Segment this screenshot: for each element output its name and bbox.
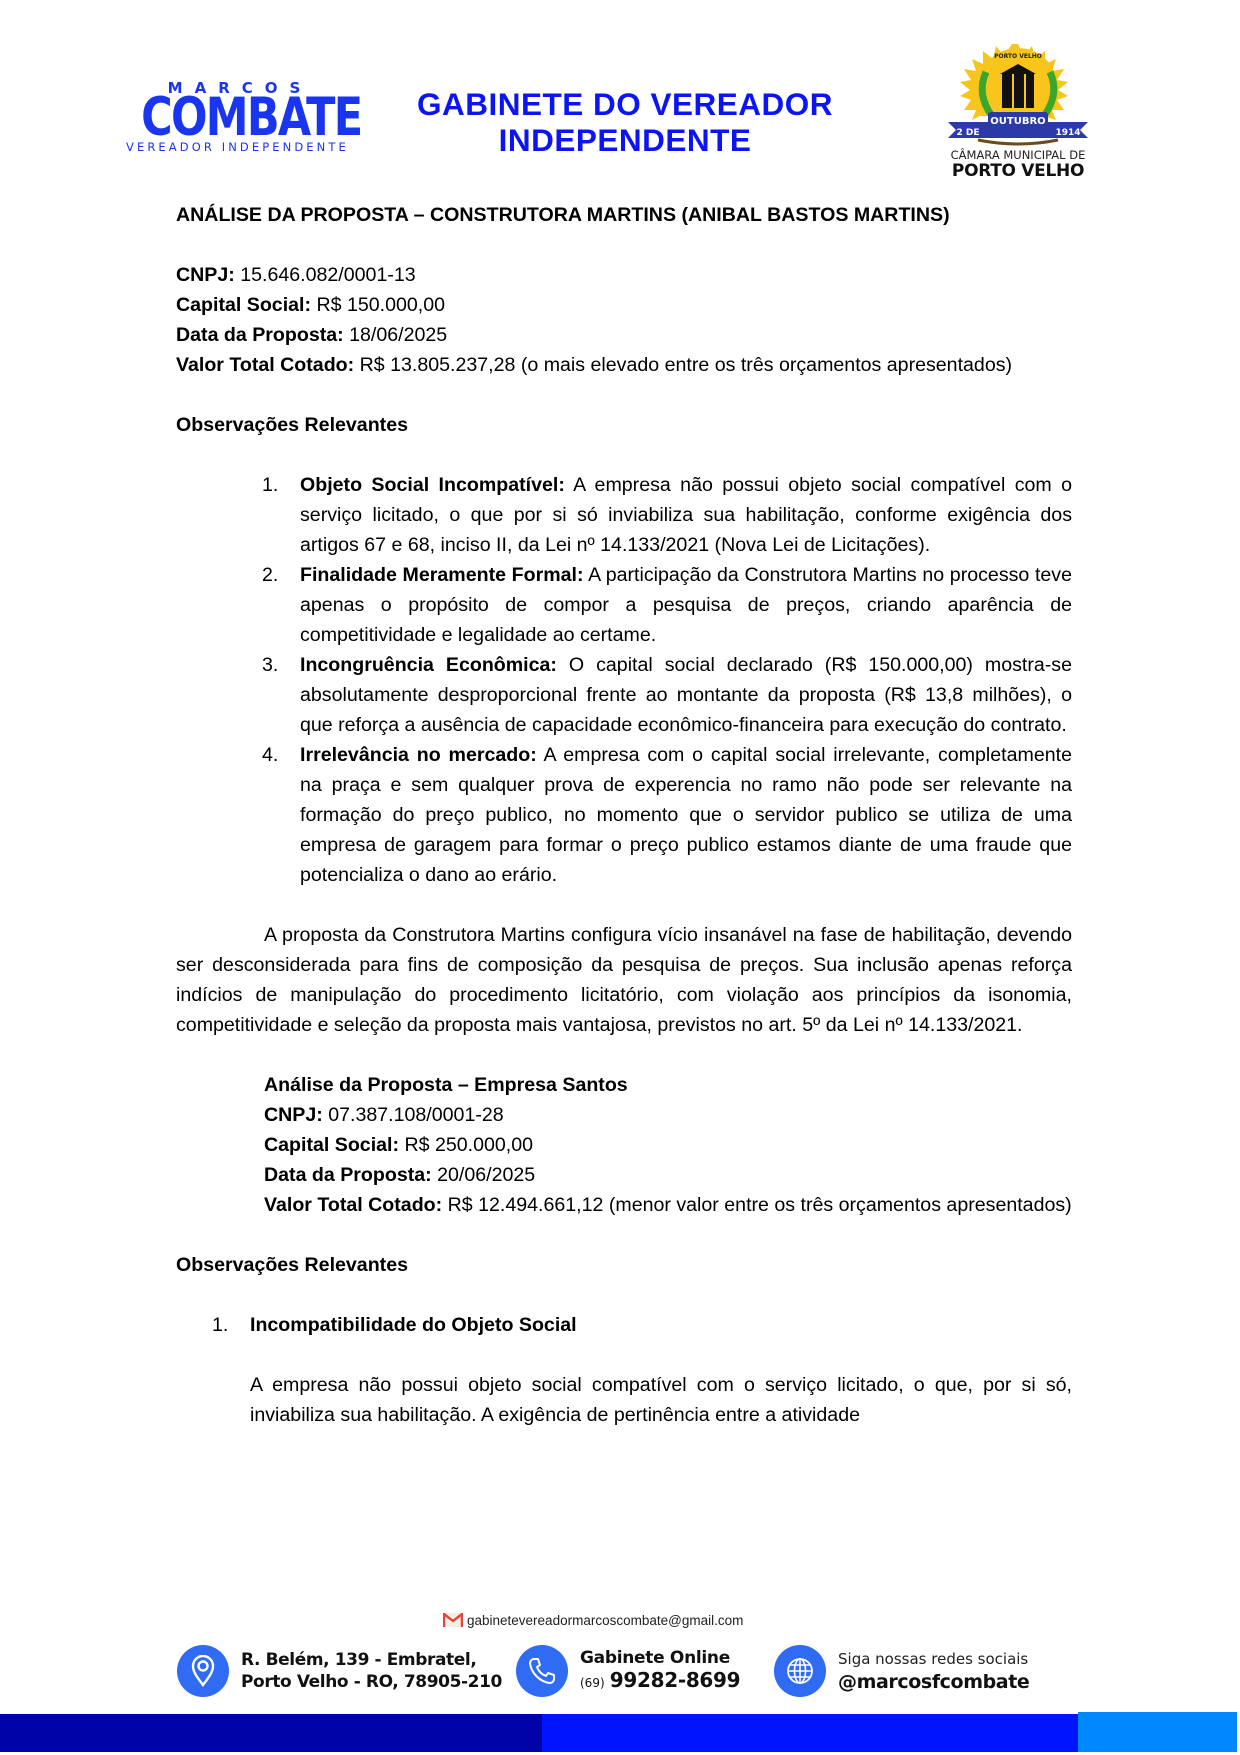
section1-fields: CNPJ: 15.646.082/0001-13 Capital Social:… bbox=[176, 260, 1072, 380]
header-title-line1: GABINETE DO VEREADOR bbox=[380, 86, 870, 122]
address-line2: Porto Velho - RO, 78905-210 bbox=[241, 1671, 502, 1693]
header-title-line2: INDEPENDENTE bbox=[380, 122, 870, 158]
section2-item1-text: A empresa não possui objeto social compa… bbox=[176, 1370, 1072, 1430]
globe-icon bbox=[774, 1645, 826, 1697]
footer-bar-dark bbox=[0, 1714, 542, 1752]
cnpj-field: CNPJ: 15.646.082/0001-13 bbox=[176, 260, 1072, 290]
section2-observations-heading: Observações Relevantes bbox=[176, 1250, 1072, 1280]
footer-bar-light bbox=[1078, 1712, 1237, 1752]
data-field: Data da Proposta: 18/06/2025 bbox=[176, 320, 1072, 350]
phone-ddd: (69) bbox=[580, 1676, 605, 1690]
location-pin-icon bbox=[177, 1645, 229, 1697]
section2-item1-title: 1.Incompatibilidade do Objeto Social bbox=[176, 1310, 1072, 1340]
section2-title: Análise da Proposta – Empresa Santos bbox=[176, 1070, 1072, 1100]
section2-fields: Análise da Proposta – Empresa Santos CNP… bbox=[176, 1070, 1072, 1220]
list-item: 1.Objeto Social Incompatível: A empresa … bbox=[176, 470, 1072, 560]
cnpj-field: CNPJ: 07.387.108/0001-28 bbox=[176, 1100, 1072, 1130]
phone-icon bbox=[516, 1645, 568, 1697]
list-item: 3.Incongruência Econômica: O capital soc… bbox=[176, 650, 1072, 740]
gmail-icon bbox=[443, 1613, 463, 1627]
footer-bar-mid bbox=[542, 1714, 1078, 1752]
capital-field: Capital Social: R$ 250.000,00 bbox=[176, 1130, 1072, 1160]
valor-field: Valor Total Cotado: R$ 12.494.661,12 (me… bbox=[176, 1190, 1072, 1220]
section1-conclusion: A proposta da Construtora Martins config… bbox=[176, 920, 1072, 1040]
capital-field: Capital Social: R$ 150.000,00 bbox=[176, 290, 1072, 320]
social-handle: @marcosfcombate bbox=[838, 1670, 1029, 1694]
section1-observations-heading: Observações Relevantes bbox=[176, 410, 1072, 440]
crest-caption-line2: PORTO VELHO bbox=[928, 161, 1108, 181]
crest-caption-line1: CÂMARA MUNICIPAL DE bbox=[928, 148, 1108, 162]
valor-field: Valor Total Cotado: R$ 13.805.237,28 (o … bbox=[176, 350, 1072, 380]
crest-ribbon-center: OUTUBRO bbox=[990, 116, 1045, 127]
list-item: 2.Finalidade Meramente Formal: A partici… bbox=[176, 560, 1072, 650]
data-field: Data da Proposta: 20/06/2025 bbox=[176, 1160, 1072, 1190]
phone-number: 99282-8699 bbox=[610, 1668, 741, 1692]
phone-title: Gabinete Online bbox=[580, 1648, 740, 1669]
svg-text:PORTO VELHO: PORTO VELHO bbox=[994, 53, 1042, 60]
section1-observations-list: 1.Objeto Social Incompatível: A empresa … bbox=[176, 470, 1072, 890]
camara-porto-velho-crest: PORTO VELHO OUTUBRO 2 DE 1914 CÂMARA MUN… bbox=[928, 44, 1108, 184]
logo-main-text: COMBATE bbox=[141, 94, 327, 140]
crest-emblem-icon: PORTO VELHO OUTUBRO 2 DE 1914 bbox=[928, 44, 1108, 148]
document-body: ANÁLISE DA PROPOSTA – CONSTRUTORA MARTIN… bbox=[176, 200, 1072, 1430]
footer-email[interactable]: gabinetevereadormarcoscombate@gmail.com bbox=[443, 1610, 743, 1630]
footer-social[interactable]: Siga nossas redes sociais @marcosfcombat… bbox=[774, 1645, 1029, 1697]
address-line1: R. Belém, 139 - Embratel, bbox=[241, 1649, 502, 1671]
section1-title: ANÁLISE DA PROPOSTA – CONSTRUTORA MARTIN… bbox=[176, 200, 1072, 230]
crest-ribbon-right: 1914 bbox=[1055, 128, 1080, 138]
footer-address: R. Belém, 139 - Embratel, Porto Velho - … bbox=[177, 1645, 502, 1697]
social-title: Siga nossas redes sociais bbox=[838, 1649, 1029, 1670]
email-text: gabinetevereadormarcoscombate@gmail.com bbox=[467, 1613, 743, 1628]
page-header-title: GABINETE DO VEREADOR INDEPENDENTE bbox=[380, 86, 870, 158]
marcos-combate-logo: MARCOS COMBATE VEREADOR INDEPENDENTE bbox=[126, 80, 342, 154]
footer-phone[interactable]: Gabinete Online (69) 99282-8699 bbox=[516, 1645, 740, 1697]
crest-ribbon-left: 2 DE bbox=[956, 128, 979, 138]
list-item: 4.Irrelevância no mercado: A empresa com… bbox=[176, 740, 1072, 890]
